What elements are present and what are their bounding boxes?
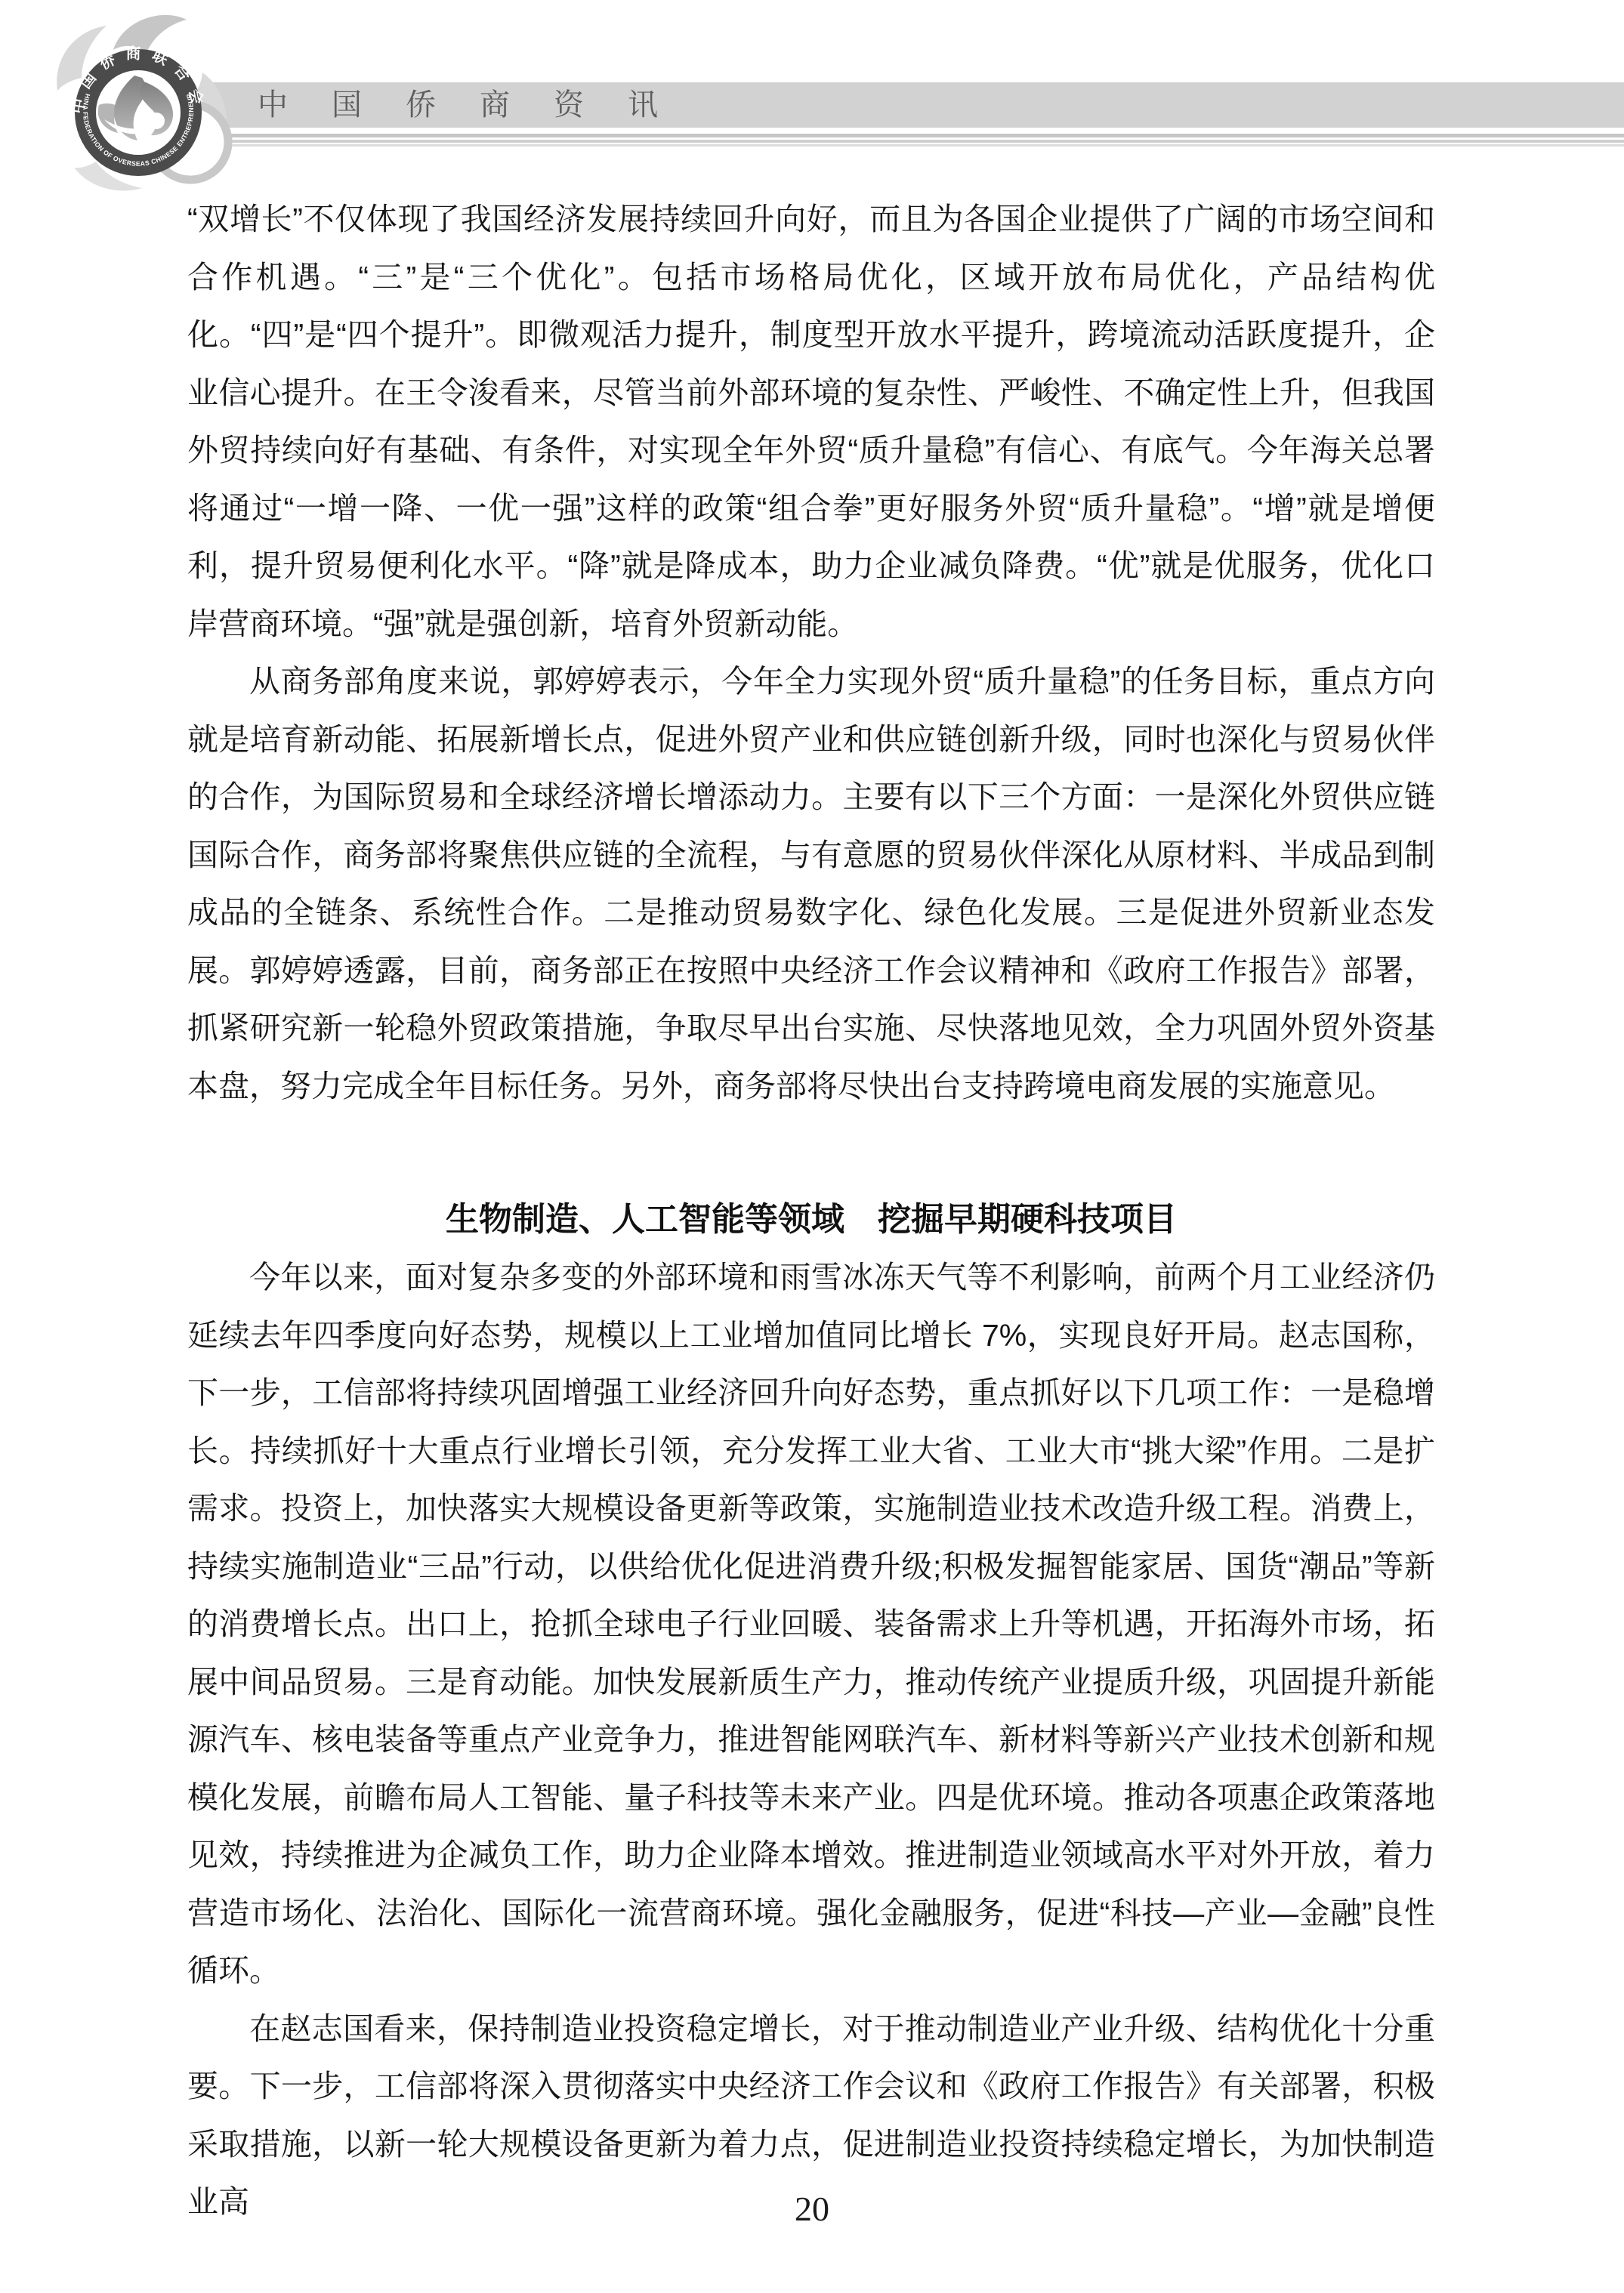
banner-title: 中国侨商资讯 (258, 82, 702, 128)
header-banner: 中国侨商资讯 (203, 82, 1624, 128)
header-divider-stripes (227, 134, 1624, 147)
article-body: “双增长”不仅体现了我国经济发展持续回升向好，而且为各国企业提供了广阔的市场空间… (187, 190, 1435, 2231)
magazine-page: 中国侨商资讯 (0, 0, 1624, 2293)
page-footer: 20 (0, 2189, 1624, 2229)
page-number: 20 (795, 2190, 829, 2228)
article-paragraph: 从商务部角度来说，郭婷婷表示，今年全力实现外贸“质升量稳”的任务目标，重点方向就… (187, 653, 1435, 1115)
federation-logo-icon: 中国侨商联合会 CHINA FEDERATION OF OVERSEAS CHI… (0, 6, 242, 202)
divider-line (227, 144, 1624, 147)
article-paragraph: “双增长”不仅体现了我国经济发展持续回升向好，而且为各国企业提供了广阔的市场空间… (187, 190, 1435, 653)
section-heading: 生物制造、人工智能等领域 挖掘早期硬科技项目 (187, 1190, 1435, 1248)
article-paragraph: 今年以来，面对复杂多变的外部环境和雨雪冰冻天气等不利影响，前两个月工业经济仍延续… (187, 1248, 1435, 2000)
